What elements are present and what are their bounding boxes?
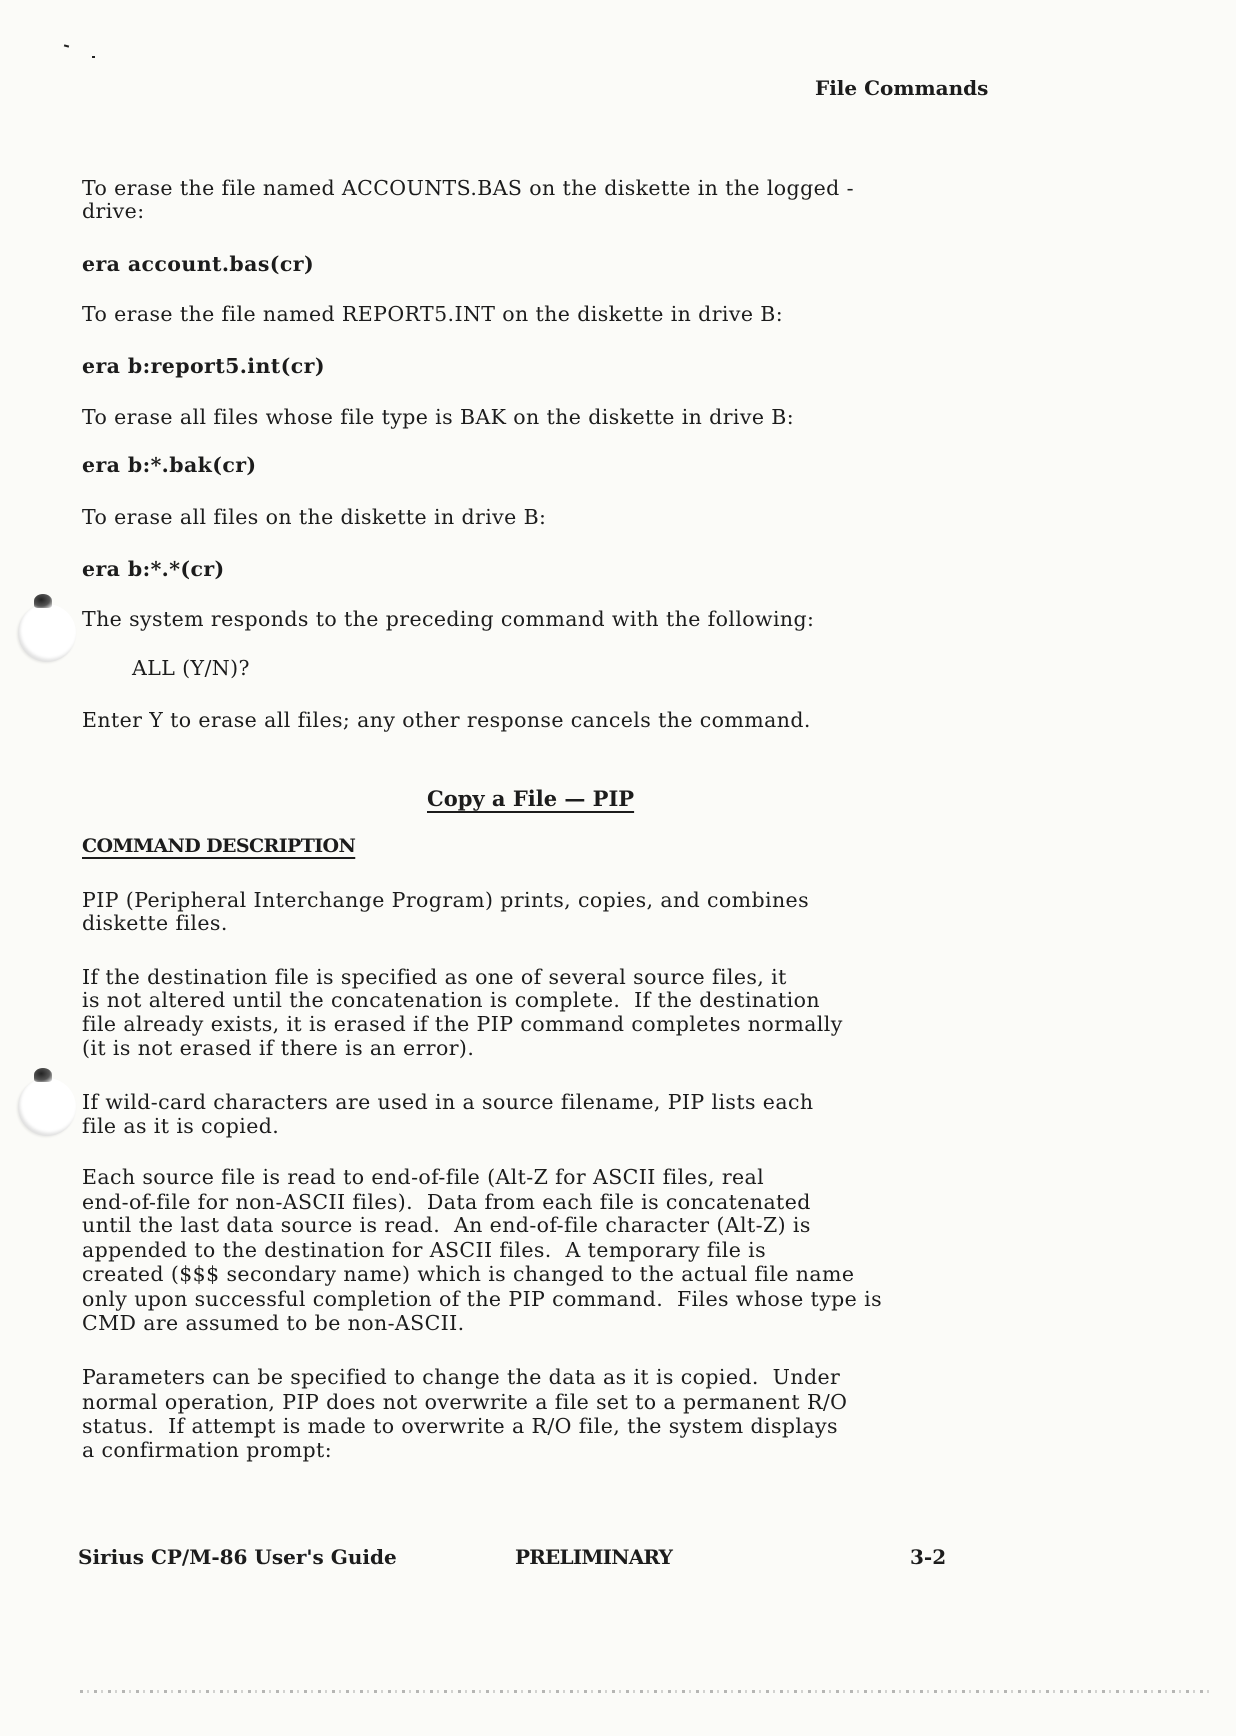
footer-guide-title: Sirius CP/M-86 User's Guide: [78, 1545, 397, 1569]
paragraph-line: a confirmation prompt:: [82, 1438, 332, 1462]
paragraph-line: normal operation, PIP does not overwrite…: [82, 1390, 847, 1414]
paragraph-line: is not altered until the concatenation i…: [82, 988, 820, 1012]
paragraph-line: Parameters can be specified to change th…: [82, 1365, 840, 1389]
paragraph-line: appended to the destination for ASCII fi…: [82, 1238, 766, 1262]
paragraph-line: created ($$$ secondary name) which is ch…: [82, 1262, 854, 1286]
paragraph-line: (it is not erased if there is an error).: [82, 1036, 474, 1060]
example-description: To erase all files whose file type is BA…: [82, 405, 794, 429]
example-command: era account.bas(cr): [82, 252, 314, 276]
footer-page-number: 3-2: [910, 1545, 946, 1569]
example-command: era b:*.bak(cr): [82, 453, 257, 477]
paragraph-line: end-of-file for non-ASCII files). Data f…: [82, 1190, 811, 1214]
punch-hole: [18, 604, 76, 662]
system-response-intro: The system responds to the preceding com…: [82, 607, 814, 631]
example-description: To erase the file named ACCOUNTS.BAS on …: [82, 176, 854, 200]
scan-edge-noise: [80, 1690, 1210, 1693]
paragraph-line: only upon successful completion of the P…: [82, 1287, 882, 1311]
paragraph-line: If wild-card characters are used in a so…: [82, 1090, 813, 1114]
scan-speck: [92, 56, 95, 58]
example-description: To erase all files on the diskette in dr…: [82, 505, 546, 529]
footer-status: PRELIMINARY: [515, 1545, 672, 1569]
paragraph-line: If the destination file is specified as …: [82, 965, 787, 989]
punch-hole: [18, 1078, 76, 1136]
paragraph-line: until the last data source is read. An e…: [82, 1213, 811, 1237]
page-header-section-title: File Commands: [815, 76, 988, 100]
scan-speck: [64, 44, 69, 47]
system-response-prompt: ALL (Y/N)?: [132, 656, 250, 680]
example-command: era b:report5.int(cr): [82, 354, 325, 378]
section-title: Copy a File — PIP: [427, 786, 634, 811]
subheading: COMMAND DESCRIPTION: [82, 834, 355, 858]
paragraph-line: diskette files.: [82, 911, 228, 935]
example-description: drive:: [82, 199, 145, 223]
paragraph-line: file as it is copied.: [82, 1114, 279, 1138]
paragraph-line: file already exists, it is erased if the…: [82, 1012, 843, 1036]
paragraph-line: Each source file is read to end-of-file …: [82, 1165, 764, 1189]
example-command: era b:*.*(cr): [82, 557, 225, 581]
paragraph-line: PIP (Peripheral Interchange Program) pri…: [82, 888, 809, 912]
system-response-explanation: Enter Y to erase all files; any other re…: [82, 708, 811, 732]
paragraph-line: status. If attempt is made to overwrite …: [82, 1414, 838, 1438]
example-description: To erase the file named REPORT5.INT on t…: [82, 302, 783, 326]
paragraph-line: CMD are assumed to be non-ASCII.: [82, 1311, 465, 1335]
